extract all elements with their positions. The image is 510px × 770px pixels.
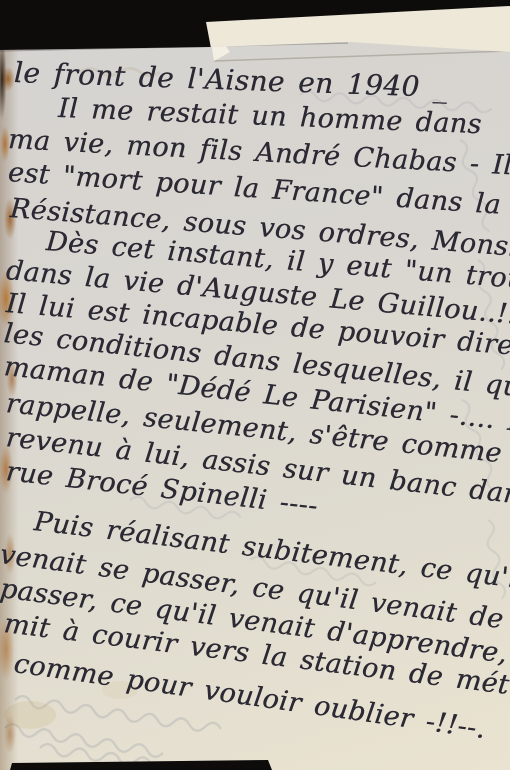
- scanned-letter-photo: le front de l'Aisne en 1940 _ Il me rest…: [0, 0, 510, 770]
- letter-page: le front de l'Aisne en 1940 _ Il me rest…: [0, 0, 510, 770]
- handwriting: le front de l'Aisne en 1940 _ Il me rest…: [0, 0, 510, 770]
